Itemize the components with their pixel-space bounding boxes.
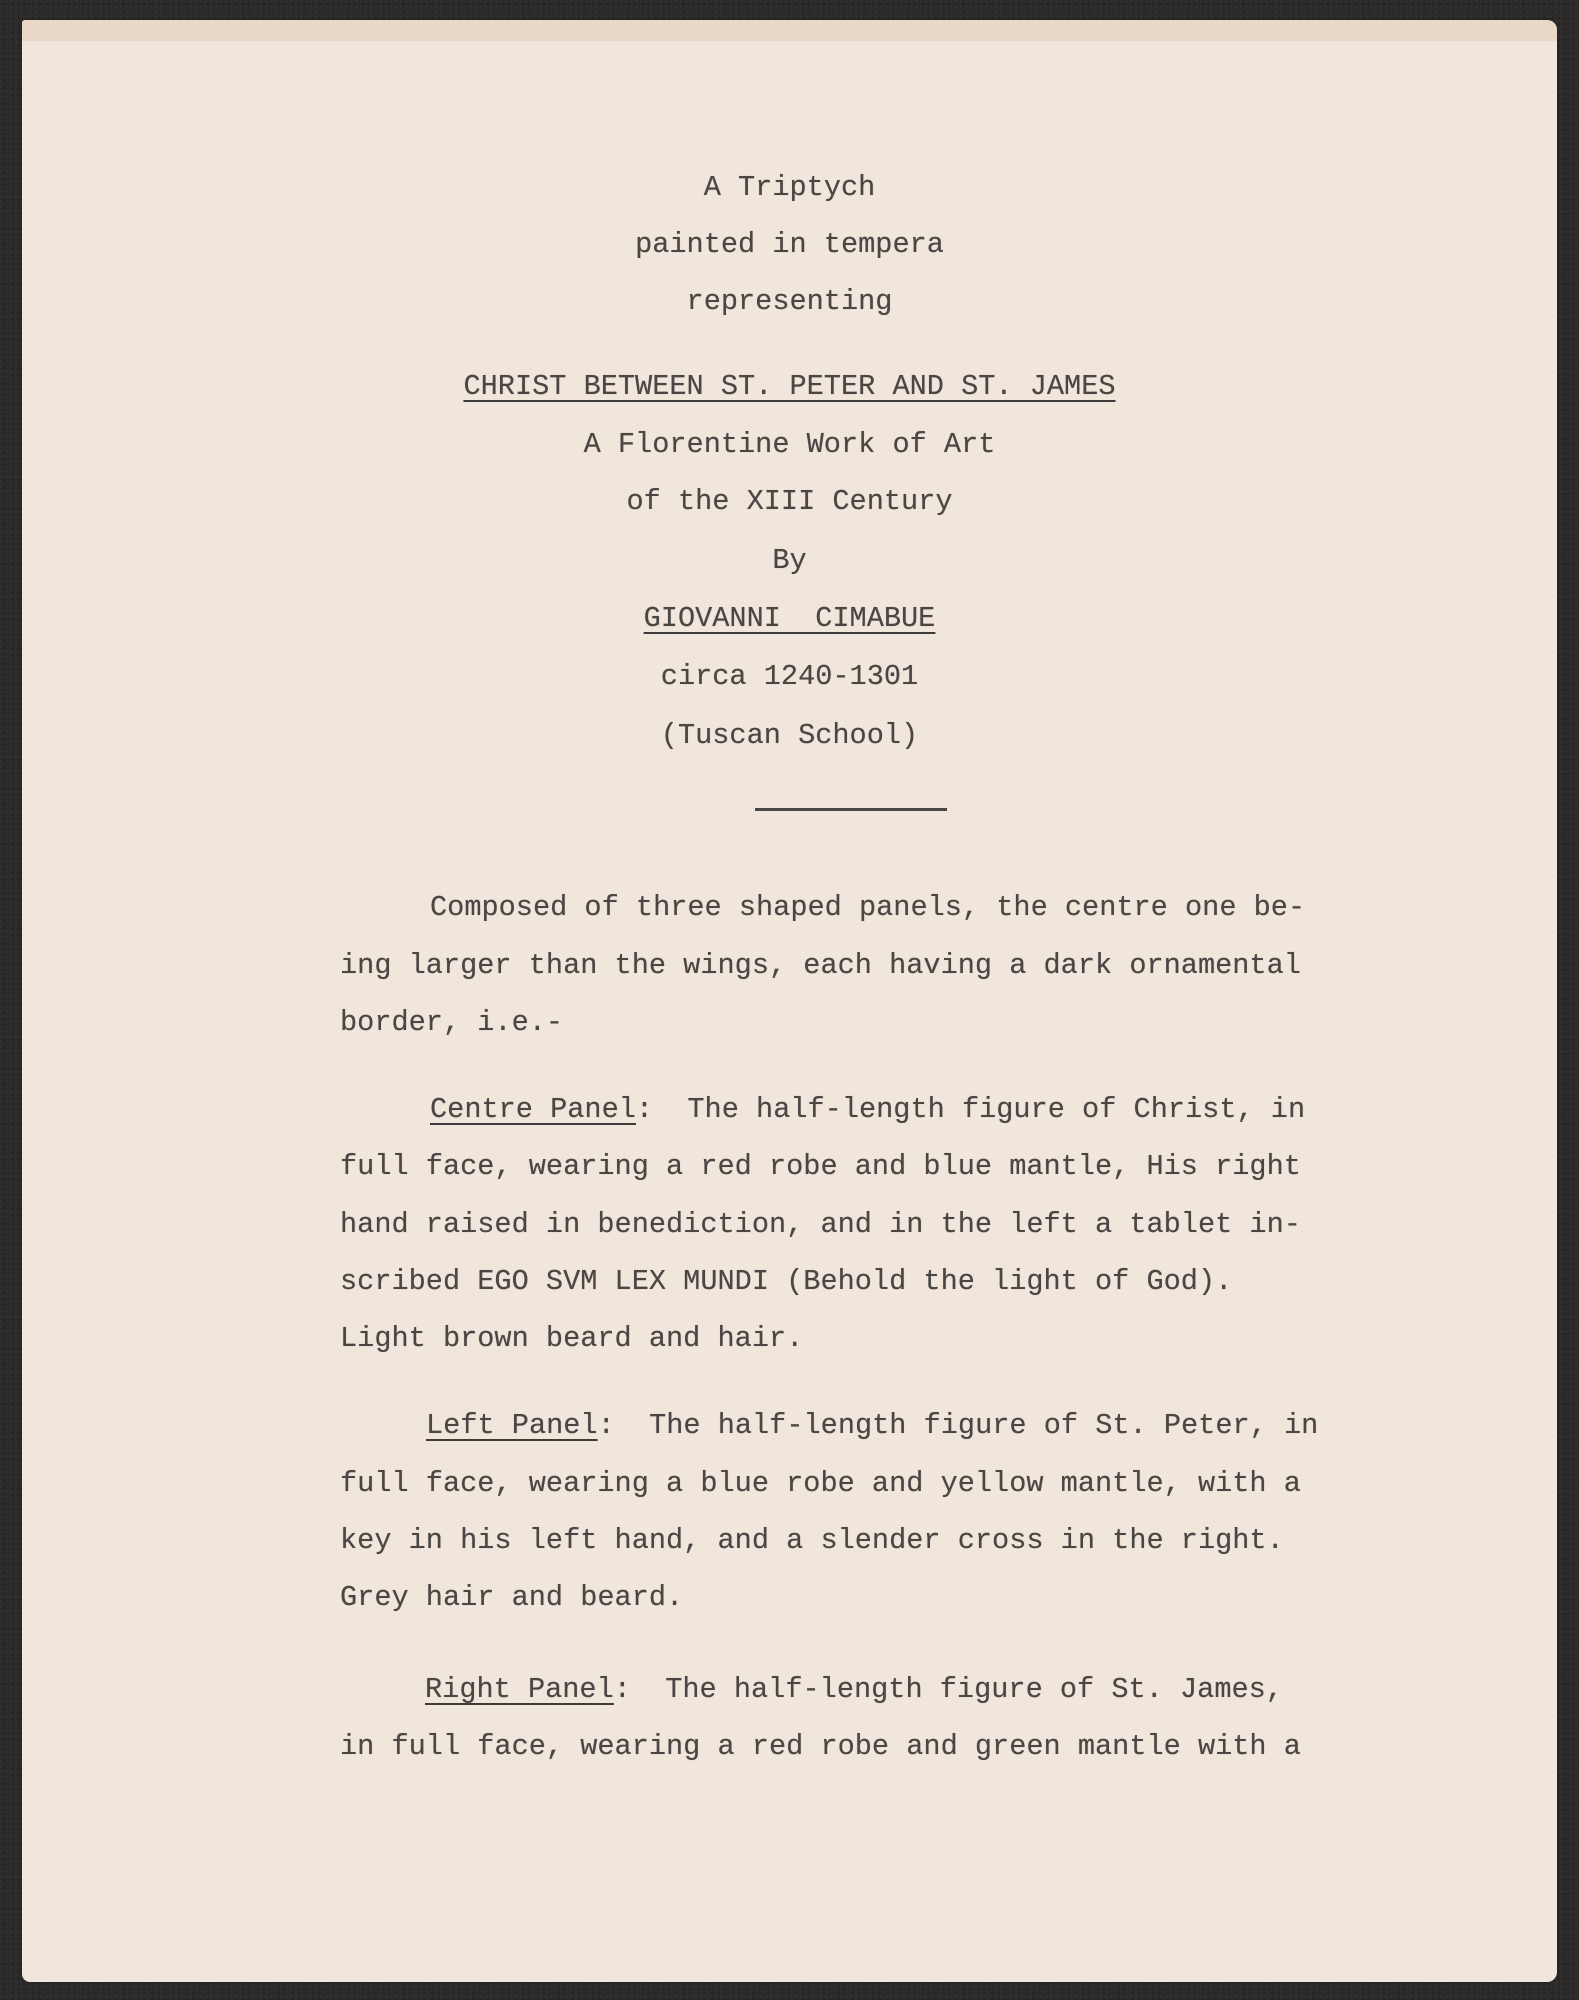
left-panel-first-text: : The half-length figure of St. Peter, i… xyxy=(598,1409,1319,1442)
centre-panel-first-line: Centre Panel: The half-length figure of … xyxy=(430,1096,1305,1125)
heading-line-6: of the XIII Century xyxy=(22,488,1557,517)
left-panel-line-4: Grey hair and beard. xyxy=(340,1584,683,1613)
heading-by: By xyxy=(22,547,1557,576)
centre-panel-line-3: hand raised in benediction, and in the l… xyxy=(340,1211,1301,1240)
centre-panel-line-4: scribed EGO SVM LEX MUNDI (Behold the li… xyxy=(340,1268,1232,1297)
typed-page: A Triptych painted in tempera representi… xyxy=(22,20,1557,1982)
heading-line-3: representing xyxy=(22,288,1557,317)
centre-panel-first-text: : The half-length figure of Christ, in xyxy=(636,1093,1305,1126)
artist-school: (Tuscan School) xyxy=(22,722,1557,751)
artwork-title-text: CHRIST BETWEEN ST. PETER AND ST. JAMES xyxy=(463,370,1115,403)
artist-dates: circa 1240-1301 xyxy=(22,663,1557,692)
centre-panel-label: Centre Panel xyxy=(430,1093,636,1126)
right-panel-line-2: in full face, wearing a red robe and gre… xyxy=(340,1733,1301,1762)
separator-rule xyxy=(755,808,947,811)
centre-panel-line-2: full face, wearing a red robe and blue m… xyxy=(340,1153,1301,1182)
paper-top-edge xyxy=(22,20,1557,41)
heading-line-5: A Florentine Work of Art xyxy=(22,431,1557,460)
intro-line-1: Composed of three shaped panels, the cen… xyxy=(430,894,1305,923)
left-panel-line-3: key in his left hand, and a slender cros… xyxy=(340,1527,1284,1556)
artist-name: GIOVANNI CIMABUE xyxy=(22,605,1557,634)
artist-name-text: GIOVANNI CIMABUE xyxy=(644,602,936,635)
right-panel-first-text: : The half-length figure of St. James, xyxy=(614,1673,1283,1706)
left-panel-label: Left Panel xyxy=(426,1409,598,1442)
left-panel-first-line: Left Panel: The half-length figure of St… xyxy=(426,1412,1318,1441)
heading-line-2: painted in tempera xyxy=(22,231,1557,260)
centre-panel-line-5: Light brown beard and hair. xyxy=(340,1325,803,1354)
intro-line-3: border, i.e.- xyxy=(340,1009,563,1038)
intro-line-2: ing larger than the wings, each having a… xyxy=(340,952,1301,981)
right-panel-label: Right Panel xyxy=(425,1673,614,1706)
artwork-title: CHRIST BETWEEN ST. PETER AND ST. JAMES xyxy=(22,373,1557,402)
right-panel-first-line: Right Panel: The half-length figure of S… xyxy=(425,1676,1283,1705)
heading-line-1: A Triptych xyxy=(22,174,1557,203)
left-panel-line-2: full face, wearing a blue robe and yello… xyxy=(340,1470,1301,1499)
